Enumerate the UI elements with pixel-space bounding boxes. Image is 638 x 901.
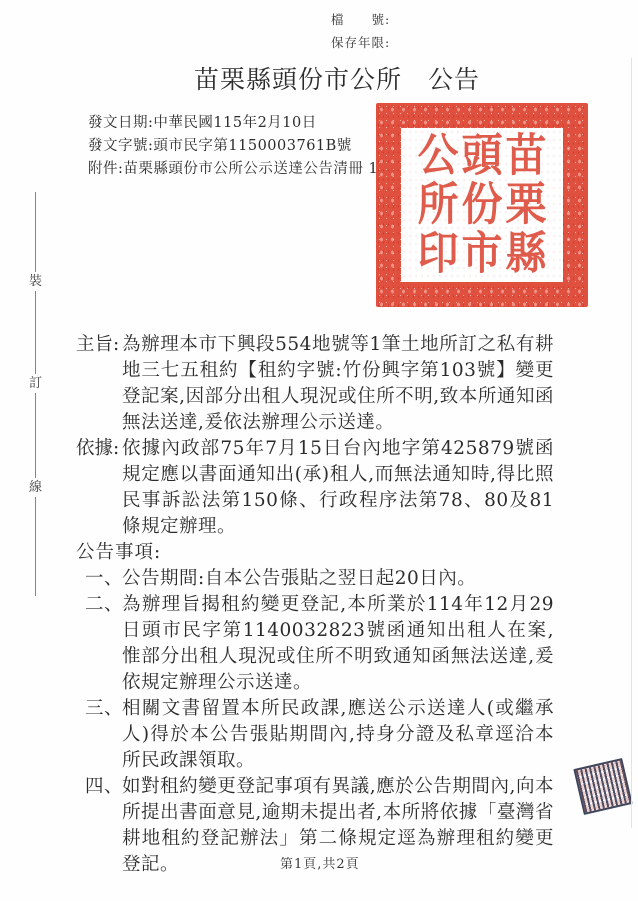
document-meta: 發文日期:中華民國115年2月10日 發文字號:頭市民字第1150003761B… <box>88 112 393 181</box>
seal-char: 公 <box>418 134 459 179</box>
items-heading: 公告事項: <box>76 540 554 566</box>
basis-paragraph: 依據:依據內政部75年7月15日台內地字第425879號函規定應以書面通知出(承… <box>76 436 554 540</box>
seal-char: 栗 <box>506 183 547 228</box>
binding-margin-line <box>35 192 36 596</box>
seal-char: 苗 <box>506 134 547 179</box>
retention-period-label: 保存年限: <box>331 31 390 54</box>
announcement-body: 主旨:為辦理本市下興段554地號等1筆土地所訂之私有耕地三七五租約【租約字號:竹… <box>76 332 554 878</box>
official-seal-stamp: 苗 栗 縣 頭 份 市 公 所 印 <box>376 103 588 307</box>
issue-date-label: 發文日期: <box>88 115 153 131</box>
announcement-items: 一、公告期間:自本公告張貼之翌日起20日內。 二、為辦理旨揭租約變更登記,本所業… <box>85 566 554 878</box>
attachment-row: 附件:苗栗縣頭份市公所公示送達公告清冊 1件 <box>88 158 393 181</box>
seal-char: 頭 <box>462 134 503 179</box>
issue-date-value: 中華民國115年2月10日 <box>153 115 316 131</box>
item-1-text: 公告期間:自本公告張貼之翌日起20日內。 <box>122 568 476 589</box>
seal-column-middle: 頭 份 市 <box>462 132 502 278</box>
item-1: 一、公告期間:自本公告張貼之翌日起20日內。 <box>85 566 554 592</box>
file-number-label: 檔 號: <box>331 8 390 31</box>
subject-text: 為辦理本市下興段554地號等1筆土地所訂之私有耕地三七五租約【租約字號:竹份興字… <box>122 334 554 433</box>
binding-char-zhuang: 裝 <box>28 272 43 291</box>
basis-text: 依據內政部75年7月15日台內地字第425879號函規定應以書面通知出(承)租人… <box>122 438 554 537</box>
seal-char: 印 <box>418 231 459 276</box>
doc-number-row: 發文字號:頭市民字第1150003761B號 <box>88 135 393 158</box>
subject-label: 主旨: <box>76 332 119 358</box>
attachment-value: 苗栗縣頭份市公所公示送達公告清冊 1件 <box>123 161 393 177</box>
attachment-label: 附件: <box>88 161 123 177</box>
item-3: 三、相關文書留置本所民政課,應送公示送達人(或繼承人)得於本公告張貼期間內,持身… <box>85 696 554 774</box>
scan-edge-artifact <box>631 58 632 828</box>
binding-char-xian: 線 <box>28 478 43 497</box>
basis-label: 依據: <box>76 436 119 462</box>
item-3-number: 三、 <box>85 696 123 722</box>
item-4-number: 四、 <box>85 774 123 800</box>
page-title: 苗栗縣頭份市公所 公告 <box>194 60 480 96</box>
seal-char: 市 <box>462 231 503 276</box>
archive-labels: 檔 號: 保存年限: <box>331 8 390 54</box>
item-2-text: 為辦理旨揭租約變更登記,本所業於114年12月29日頭市民字第114003282… <box>122 594 554 693</box>
doc-number-label: 發文字號: <box>88 138 153 154</box>
item-2-number: 二、 <box>85 592 123 618</box>
page-number: 第1頁,共2頁 <box>280 853 360 872</box>
doc-number-value: 頭市民字第1150003761B號 <box>153 138 351 154</box>
subject-paragraph: 主旨:為辦理本市下興段554地號等1筆土地所訂之私有耕地三七五租約【租約字號:竹… <box>76 332 554 436</box>
issue-date-row: 發文日期:中華民國115年2月10日 <box>88 112 393 135</box>
seal-column-right: 苗 栗 縣 <box>506 132 546 278</box>
seal-column-left: 公 所 印 <box>418 132 458 278</box>
seal-char: 份 <box>462 183 503 228</box>
registry-ink-stamp <box>573 758 632 815</box>
binding-char-ding: 訂 <box>28 374 43 393</box>
seal-char: 縣 <box>506 231 547 276</box>
item-1-number: 一、 <box>85 566 123 592</box>
seal-char: 所 <box>418 183 459 228</box>
item-3-text: 相關文書留置本所民政課,應送公示送達人(或繼承人)得於本公告張貼期間內,持身分證… <box>122 698 554 771</box>
item-2: 二、為辦理旨揭租約變更登記,本所業於114年12月29日頭市民字第1140032… <box>85 592 554 696</box>
official-seal-text: 苗 栗 縣 頭 份 市 公 所 印 <box>401 128 563 282</box>
